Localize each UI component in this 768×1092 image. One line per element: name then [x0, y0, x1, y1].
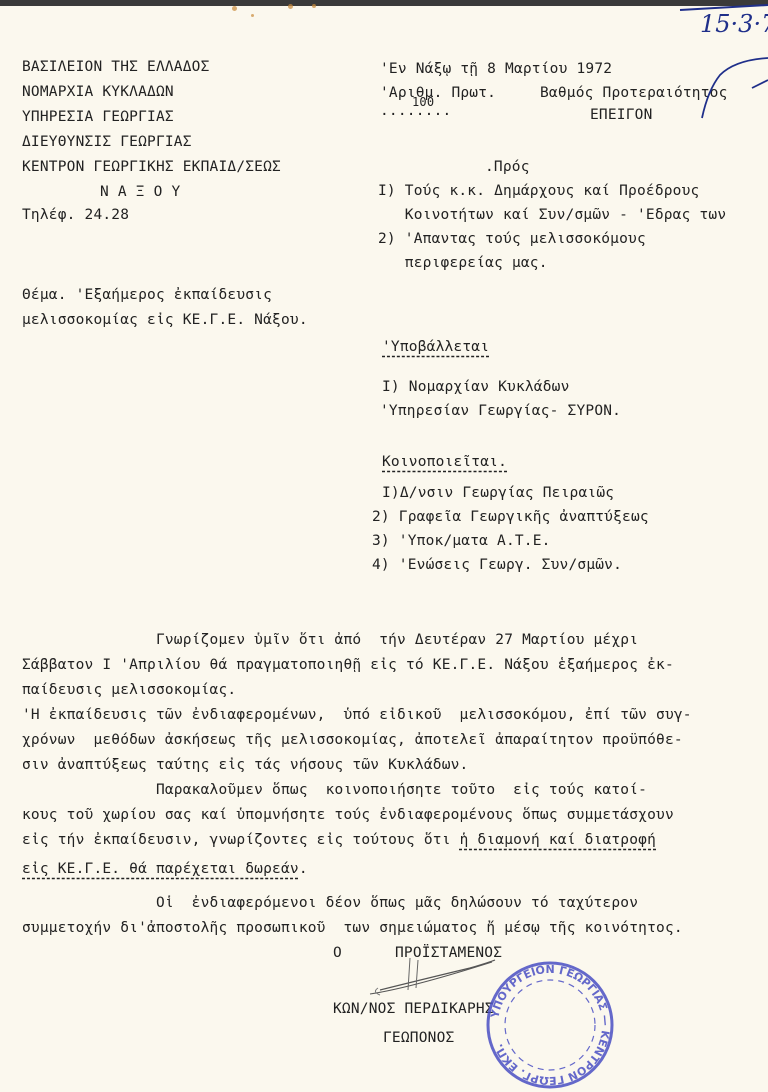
signature-stroke	[375, 988, 380, 995]
stain	[288, 4, 293, 9]
emphasis-underlined: ἡ διαμονή καί διατροφή	[460, 832, 656, 848]
letterhead-line: ΝΟΜΑΡΧΙΑ ΚΥΚΛΑΔΩΝ	[22, 85, 174, 100]
body-text: .	[299, 861, 308, 877]
body-line: Οἱ ἐνδιαφερόμενοι δέον ὅπως μᾶς δηλώσουν…	[22, 896, 638, 911]
handwritten-stroke	[752, 80, 768, 88]
letterhead-city: Ν Α Ξ Ο Υ	[100, 185, 180, 200]
recipient-item: I) Τούς κ.κ. Δημάρχους καί Προέδρους	[378, 184, 699, 199]
body-text: εἰς τήν ἐκπαίδευσιν, γνωρίζοντες εἰς τού…	[22, 832, 460, 848]
handwritten-date: 15·3·7	[700, 10, 768, 38]
recipient-item: Κοινοτήτων καί Συν/σμῶν - 'Εδρας των	[378, 208, 726, 223]
stain	[232, 6, 237, 11]
subject-line: Θέμα. 'Εξαήμερος ἐκπαίδευσις	[22, 288, 272, 303]
body-line: εἰς ΚΕ.Γ.Ε. θά παρέχεται δωρεάν.	[22, 862, 308, 877]
copies-item: 2) Γραφεῖα Γεωργικῆς ἀναπτύξεως	[372, 510, 649, 525]
stain	[312, 4, 316, 8]
svg-text:ΥΠΟΥΡΓΕΙΟΝ ΓΕΩΡΓΙΑΣ — ΚΕΝΤΡΟΝ: ΥΠΟΥΡΓΕΙΟΝ ΓΕΩΡΓΙΑΣ — ΚΕΝΤΡΟΝ ΓΕΩΡΓ. ΕΚΠ…	[488, 963, 612, 1087]
letterhead-line: ΥΠΗΡΕΣΙΑ ΓΕΩΡΓΙΑΣ	[22, 110, 174, 125]
body-line: εἰς τήν ἐκπαίδευσιν, γνωρίζοντες εἰς τού…	[22, 833, 656, 848]
priority-value: ΕΠΕΙΓΟΝ	[590, 108, 653, 123]
body-line: Παρακαλοῦμεν ὅπως κοινοποιήσητε τοῦτο εἰ…	[22, 783, 647, 798]
letterhead-line: ΒΑΣΙΛΕΙΟΝ ΤΗΣ ΕΛΛΑΔΟΣ	[22, 60, 210, 75]
body-line: σιν ἀναπτύξεως ταύτης εἰς τάς νήσους τῶν…	[22, 758, 469, 773]
submitted-title: 'Υποβάλλεται	[382, 340, 489, 355]
recipient-item: 2) 'Απαντας τούς μελισσοκόμους	[378, 232, 646, 247]
copies-item: 3) 'Υποκ/ματα Α.Τ.Ε.	[372, 534, 551, 549]
signature-stroke	[408, 958, 418, 990]
letterhead-line: ΔΙΕΥΘΥΝΣΙΣ ΓΕΩΡΓΙΑΣ	[22, 135, 192, 150]
signature-article: Ο	[333, 946, 342, 961]
recipient-item: περιφερείας μας.	[378, 256, 548, 271]
signature-stroke	[370, 962, 492, 994]
subject-line: μελισσοκομίας εἰς ΚΕ.Γ.Ε. Νάξου.	[22, 313, 308, 328]
official-stamp: ΥΠΟΥΡΓΕΙΟΝ ΓΕΩΡΓΙΑΣ — ΚΕΝΤΡΟΝ ΓΕΩΡΓ. ΕΚΠ…	[488, 963, 612, 1087]
body-line: χρόνων μεθόδων ἀσκήσεως τῆς μελισσοκομία…	[22, 733, 683, 748]
protocol-label: 'Αριθμ. Πρωτ.	[380, 86, 496, 101]
body-line: κους τοῦ χωρίου σας καί ὑπομνήσητε τούς …	[22, 808, 674, 823]
submitted-item: 'Υπηρεσίαν Γεωργίας- ΣΥΡΟΝ.	[380, 404, 621, 419]
protocol-dots: ........	[380, 104, 451, 119]
copies-item: I)Δ/νσιν Γεωργίας Πειραιῶς	[382, 486, 614, 501]
body-line: συμμετοχήν δι'ἀποστολῆς προσωπικοῦ των σ…	[22, 921, 683, 936]
body-line: 'Η ἐκπαίδευσις τῶν ἐνδιαφερομένων, ὑπό ε…	[22, 708, 692, 723]
signatory-name: ΚΩΝ/ΝΟΣ ΠΕΡΔΙΚΑΡΗΣ	[333, 1002, 494, 1017]
place-date: 'Εν Νάξῳ τῇ 8 Μαρτίου 1972	[380, 62, 612, 77]
stain	[251, 14, 254, 17]
body-line: Σάββατον I 'Απριλίου θά πραγματοποιηθῇ ε…	[22, 658, 674, 673]
signature-stroke	[380, 960, 495, 990]
priority-label: Βαθμός Προτεραιότητος	[540, 86, 728, 101]
signature-title: ΠΡΟΪΣΤΑΜΕΝΟΣ	[395, 946, 502, 961]
letterhead-phone: Τηλέφ. 24.28	[22, 208, 129, 223]
body-line: παίδευσις μελισσοκομίας.	[22, 683, 236, 698]
copies-item: 4) 'Ενώσεις Γεωργ. Συν/σμῶν.	[372, 558, 622, 573]
signatory-role: ΓΕΩΠΟΝΟΣ	[383, 1031, 454, 1046]
body-line: Γνωρίζομεν ὑμῖν ὅτι ἀπό τήν Δευτέραν 27 …	[22, 633, 638, 648]
letterhead-line: ΚΕΝΤΡΟΝ ΓΕΩΡΓΙΚΗΣ ΕΚΠΑΙΔ/ΣΕΩΣ	[22, 160, 281, 175]
submitted-item: I) Νομαρχίαν Κυκλάδων	[382, 380, 570, 395]
emphasis-underlined: εἰς ΚΕ.Γ.Ε. θά παρέχεται δωρεάν	[22, 861, 299, 877]
recipients-title: .Πρός	[485, 160, 530, 175]
scan-edge	[0, 0, 768, 6]
copies-title: Κοινοποιεῖται.	[382, 455, 507, 470]
